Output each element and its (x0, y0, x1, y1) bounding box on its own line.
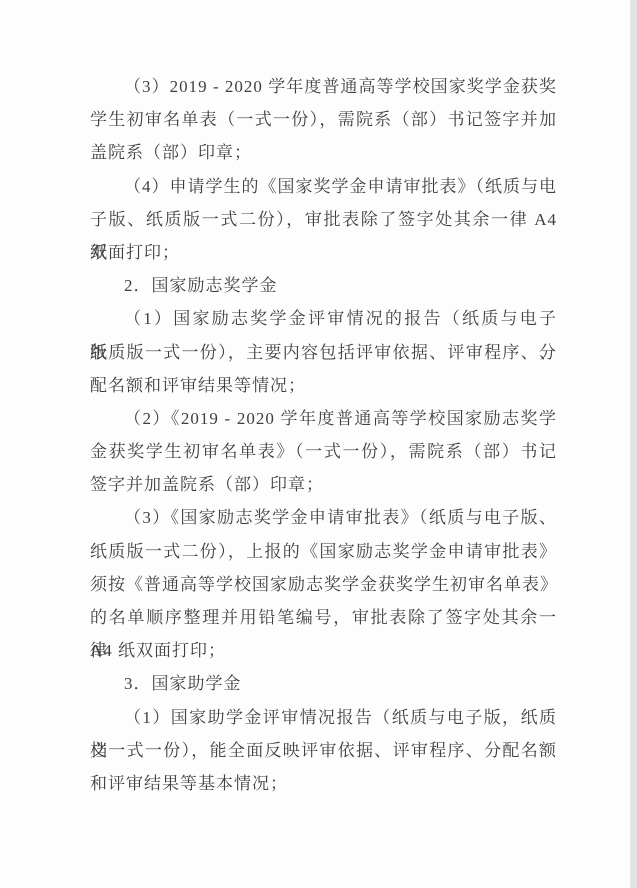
document-page: （3）2019 - 2020 学年度普通高等学校国家奖学金获奖学生初审名单表（一… (0, 0, 637, 888)
text-line: 子版、纸质版一式二份），审批表除了签字处其余一律 A4 纸 (90, 203, 557, 236)
text-line: 配名额和评审结果等情况； (90, 369, 557, 402)
text-line: 2．国家励志奖学金 (90, 269, 557, 302)
text-line: 纸质版一式一份），主要内容包括评审依据、评审程序、分 (90, 336, 557, 369)
text-line: 签字并加盖院系（部）印章； (90, 468, 557, 501)
text-line: 和评审结果等基本情况； (90, 767, 557, 800)
text-line: （2）《2019 - 2020 学年度普通高等学校国家励志奖学 (90, 402, 557, 435)
text-line: 双面打印； (90, 236, 557, 269)
text-line: 3．国家助学金 (90, 667, 557, 700)
text-line: A4 纸双面打印； (90, 634, 557, 667)
text-line: 的名单顺序整理并用铅笔编号，审批表除了签字处其余一律 (90, 601, 557, 634)
document-text: （3）2019 - 2020 学年度普通高等学校国家奖学金获奖学生初审名单表（一… (90, 70, 557, 800)
text-line: （4）申请学生的《国家奖学金申请审批表》（纸质与电 (90, 170, 557, 203)
text-line: 须按《普通高等学校国家励志奖学金获奖学生初审名单表》 (90, 568, 557, 601)
text-line: （1）国家励志奖学金评审情况的报告（纸质与电子版、 (90, 302, 557, 335)
text-line: （3）《国家励志奖学金申请审批表》（纸质与电子版、 (90, 501, 557, 534)
text-line: 金获奖学生初审名单表》（一式一份），需院系（部）书记 (90, 435, 557, 468)
text-line: 档一式一份），能全面反映评审依据、评审程序、分配名额 (90, 734, 557, 767)
text-line: （3）2019 - 2020 学年度普通高等学校国家奖学金获奖 (90, 70, 557, 103)
text-line: 学生初审名单表（一式一份），需院系（部）书记签字并加 (90, 103, 557, 136)
text-line: 盖院系（部）印章； (90, 136, 557, 169)
text-line: 纸质版一式二份），上报的《国家励志奖学金申请审批表》 (90, 535, 557, 568)
text-line: （1）国家助学金评审情况报告（纸质与电子版，纸质文 (90, 701, 557, 734)
right-edge-strip (630, 0, 637, 888)
